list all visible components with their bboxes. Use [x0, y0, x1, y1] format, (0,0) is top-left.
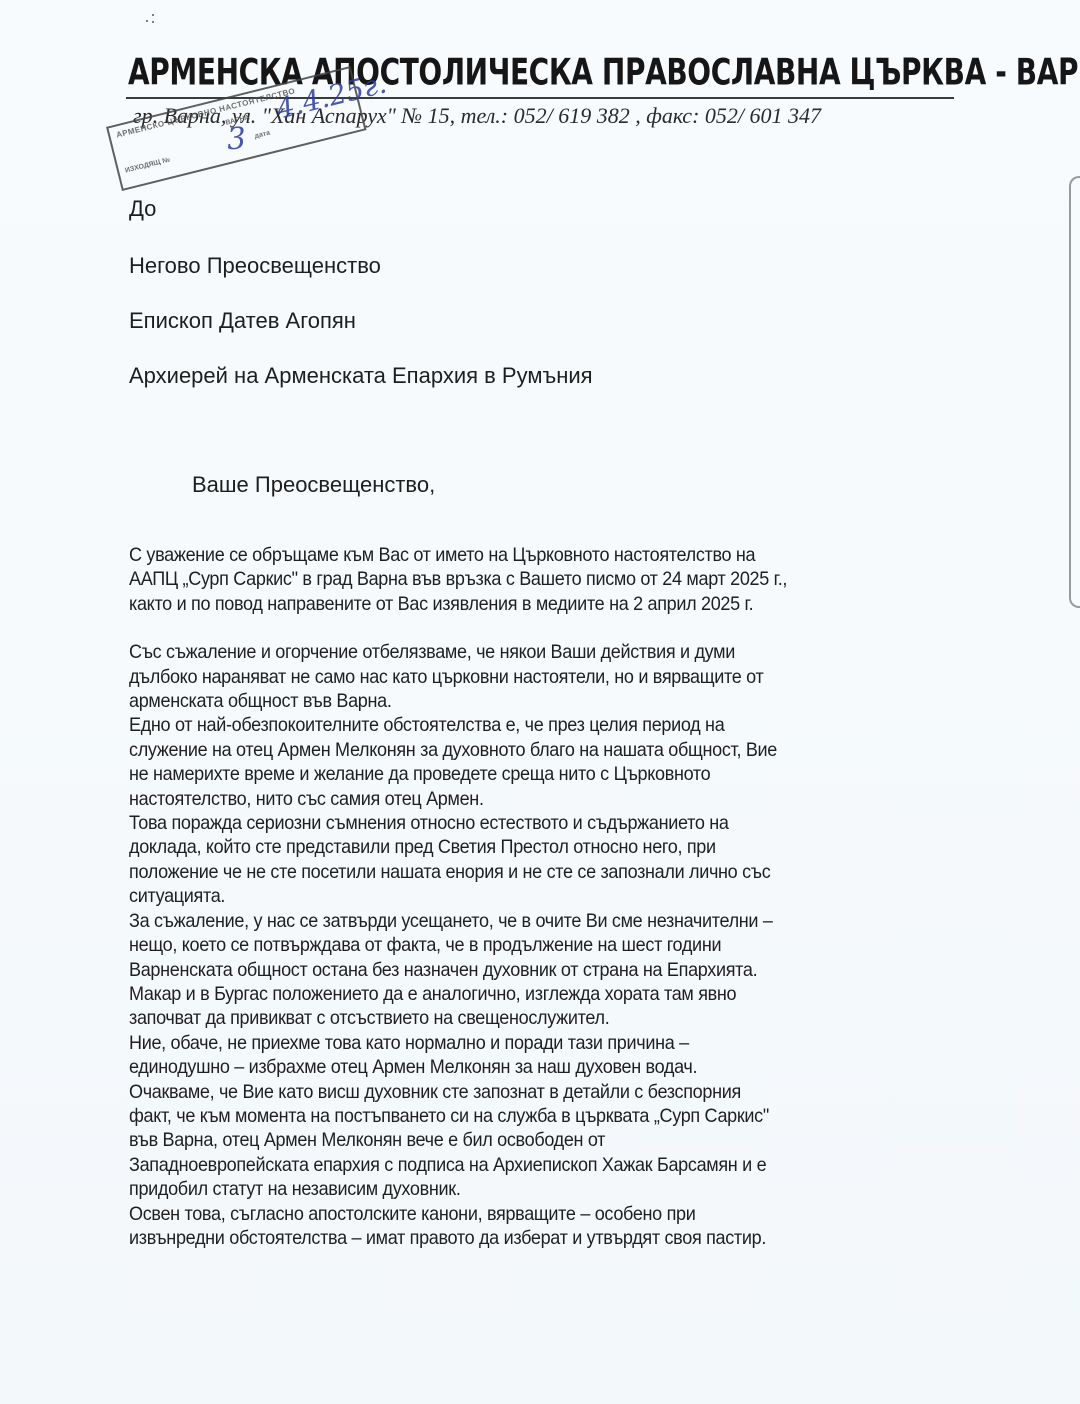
- body-line: дълбоко нараняват не само нас като църко…: [129, 665, 888, 689]
- body-line: Западноевропейската епархия с подписа на…: [129, 1153, 888, 1177]
- body-line: арменската общност във Варна.: [129, 689, 888, 713]
- body-line: С уважение се обръщаме към Вас от името …: [129, 543, 888, 567]
- body-line: извънредни обстоятелства – имат правото …: [129, 1226, 888, 1250]
- body-line: единодушно – избрахме отец Армен Мелконя…: [129, 1055, 888, 1079]
- body-line: Ние, обаче, не приехме това като нормалн…: [129, 1031, 888, 1055]
- paragraph-gap: [129, 616, 888, 640]
- edge-side-panel-handle[interactable]: [1069, 176, 1080, 608]
- body-line: Макар и в Бургас положението да е аналог…: [129, 982, 888, 1006]
- stamp-handwritten-number: 3: [226, 121, 247, 157]
- stamp-date-label: дата: [254, 130, 271, 141]
- body-line: Със съжаление и огорчение отбелязваме, ч…: [129, 640, 888, 664]
- recipient-line: Негово Преосвещенство: [129, 253, 381, 279]
- scanned-letter-page: АРМЕНСКА АПОСТОЛИЧЕСКА ПРАВОСЛАВНА ЦЪРКВ…: [0, 0, 1080, 1404]
- recipient-line: Епископ Датев Агопян: [129, 308, 356, 334]
- body-line: Очакваме, че Вие като висш духовник сте …: [129, 1080, 888, 1104]
- body-line: Това поражда сериозни съмнения относно е…: [129, 811, 888, 835]
- letter-body: С уважение се обръщаме към Вас от името …: [129, 543, 888, 1250]
- body-line: както и по повод направените от Вас изяв…: [129, 592, 888, 616]
- salutation: Ваше Преосвещенство,: [192, 472, 435, 498]
- body-line: не намерихте време и желание да проведет…: [129, 762, 888, 786]
- body-line: ситуацията.: [129, 884, 888, 908]
- body-line: доклада, който сте представили пред Свет…: [129, 835, 888, 859]
- paragraph-intro: С уважение се обръщаме към Вас от името …: [129, 543, 888, 616]
- body-line: факт, че към момента на постъпването си …: [129, 1104, 888, 1128]
- body-line: Освен това, съгласно апостолските канони…: [129, 1202, 888, 1226]
- body-line: във Варна, отец Армен Мелконян вече е би…: [129, 1128, 888, 1152]
- body-line: Едно от най-обезпокоителните обстоятелст…: [129, 713, 888, 737]
- recipient-to-label: До: [129, 196, 156, 222]
- scan-specks: [146, 14, 158, 24]
- body-line: нещо, което се потвърждава от факта, че …: [129, 933, 888, 957]
- body-line: започват да привикват с отсъствието на с…: [129, 1006, 888, 1030]
- body-line: положение че не сте посетили нашата енор…: [129, 860, 888, 884]
- body-line: настоятелство, нито със самия отец Армен…: [129, 787, 888, 811]
- body-line: служение на отец Армен Мелконян за духов…: [129, 738, 888, 762]
- recipient-line: Архиерей на Арменската Епархия в Румъния: [129, 363, 593, 389]
- body-line: придобил статут на независим духовник.: [129, 1177, 888, 1201]
- letterhead-title: АРМЕНСКА АПОСТОЛИЧЕСКА ПРАВОСЛАВНА ЦЪРКВ…: [128, 50, 788, 96]
- body-line: Варненската общност остана без назначен …: [129, 958, 888, 982]
- body-line: За съжаление, у нас се затвърди усещанет…: [129, 909, 888, 933]
- body-line: ААПЦ „Сурп Саркис" в град Варна във връз…: [129, 567, 888, 591]
- stamp-outgoing-label: ИЗХОДЯЩ №: [124, 157, 170, 175]
- paragraph-main: Със съжаление и огорчение отбелязваме, ч…: [129, 640, 888, 1250]
